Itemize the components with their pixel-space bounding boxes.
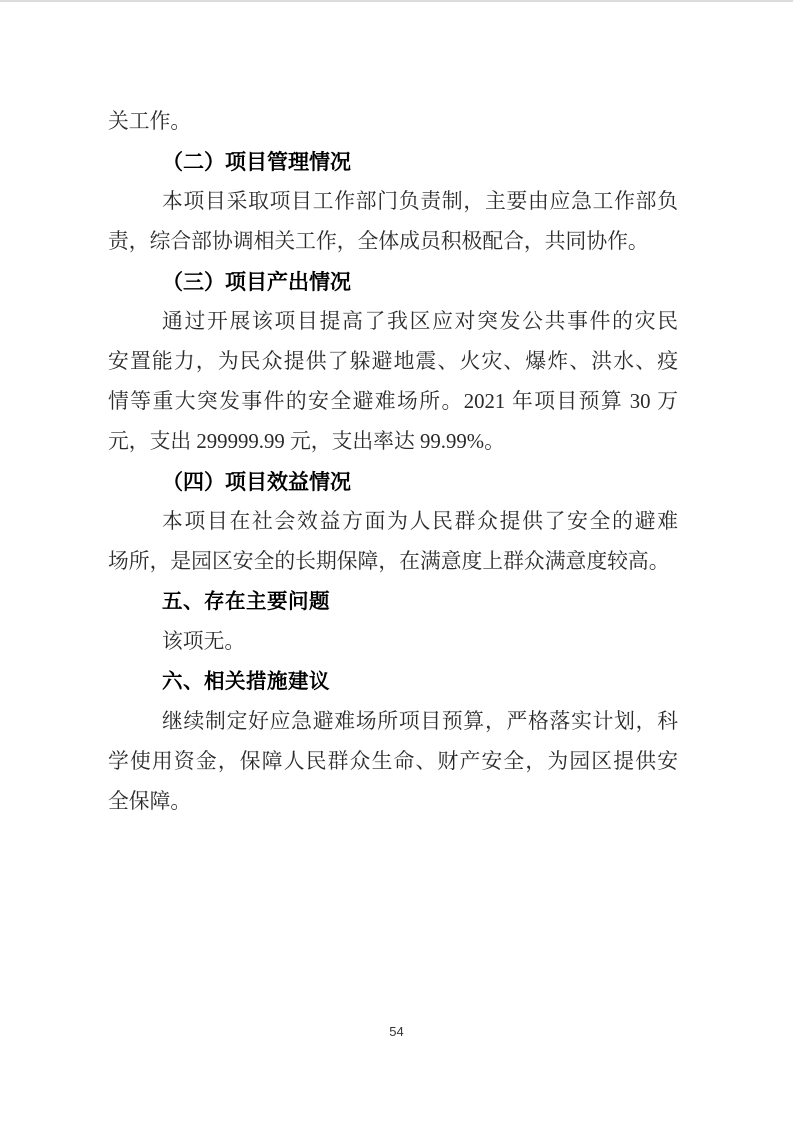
paragraph-line: 场所，是园区安全的长期保障，在满意度上群众满意度较高。 bbox=[108, 542, 678, 582]
section-heading-project-management: （二）项目管理情况 bbox=[108, 142, 678, 182]
paragraph-line: 学使用资金，保障人民群众生命、财产安全，为园区提供安 bbox=[108, 742, 678, 782]
paragraph-line: 安置能力，为民众提供了躲避地震、火灾、爆炸、洪水、疫 bbox=[108, 342, 678, 382]
paragraph-line: 通过开展该项目提高了我区应对突发公共事件的灾民 bbox=[108, 302, 678, 342]
continuation-line: 关工作。 bbox=[108, 102, 678, 142]
paragraph-line: 继续制定好应急避难场所项目预算，严格落实计划，科 bbox=[108, 702, 678, 742]
section-heading-main-problems: 五、存在主要问题 bbox=[108, 582, 678, 622]
page-footer: 54 bbox=[0, 1024, 793, 1039]
paragraph-line: 情等重大突发事件的安全避难场所。2021 年项目预算 30 万 bbox=[108, 382, 678, 422]
paragraph-line: 本项目采取项目工作部门负责制，主要由应急工作部负 bbox=[108, 182, 678, 222]
paragraph-line: 责，综合部协调相关工作，全体成员积极配合，共同协作。 bbox=[108, 222, 678, 262]
paragraph-line: 本项目在社会效益方面为人民群众提供了安全的避难 bbox=[108, 502, 678, 542]
text-block: 关工作。 （二）项目管理情况 本项目采取项目工作部门负责制，主要由应急工作部负 … bbox=[108, 102, 678, 822]
page-number: 54 bbox=[389, 1024, 403, 1039]
section-heading-suggestions: 六、相关措施建议 bbox=[108, 662, 678, 702]
paragraph-line: 元，支出 299999.99 元，支出率达 99.99%。 bbox=[108, 422, 678, 462]
section-heading-project-output: （三）项目产出情况 bbox=[108, 262, 678, 302]
document-page: 关工作。 （二）项目管理情况 本项目采取项目工作部门负责制，主要由应急工作部负 … bbox=[0, 0, 793, 1122]
paragraph-line: 全保障。 bbox=[108, 782, 678, 822]
paragraph-line: 该项无。 bbox=[108, 622, 678, 662]
section-heading-project-benefit: （四）项目效益情况 bbox=[108, 462, 678, 502]
